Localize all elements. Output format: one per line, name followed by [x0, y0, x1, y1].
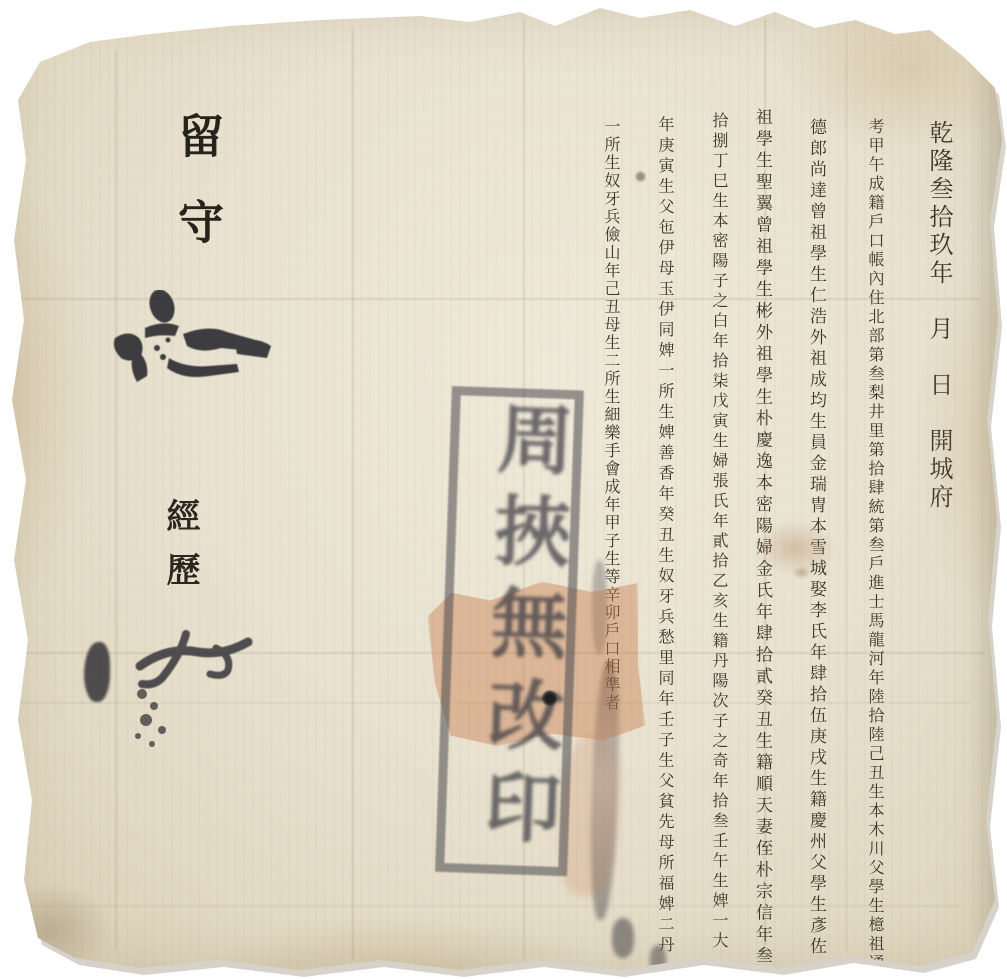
document-paper: 乾隆叁拾玖年 月 日 開城府 考甲午成籍戶口帳內住北部第叁梨井里第拾肆統第叁戶進…	[0, 0, 1007, 979]
register-column-5: 年庚寅生父㐌伊母玉伊同婢一所生婢善香年癸丑生奴牙兵愁里同年壬子生父貧先母所福婢二…	[654, 116, 677, 957]
date-place-column: 乾隆叁拾玖年 月 日 開城府	[922, 120, 957, 512]
ink-smudge	[612, 918, 634, 958]
crease-line	[352, 30, 354, 960]
secretary-title: 經歷	[156, 498, 205, 606]
crease-line	[845, 30, 847, 950]
ink-dots-cluster	[130, 686, 190, 750]
verification-stamp-text: 周挾無改印	[461, 398, 586, 862]
governor-signature-mark	[105, 290, 280, 400]
register-column-4: 拾捌丁巳生本密陽子之白年拾柒戊寅生婦張氏年貳拾乙亥生籍丹陽次子之奇年拾叁壬午生婢…	[708, 112, 731, 952]
photo-of-document: 乾隆叁拾玖年 月 日 開城府 考甲午成籍戶口帳內住北部第叁梨井里第拾肆統第叁戶進…	[0, 0, 1007, 979]
verification-stamp: 周挾無改印	[435, 386, 584, 876]
governor-title: 留守	[165, 112, 231, 284]
register-column-2: 德郎尚達曾祖學生仁浩外祖成均生員金瑞冑本雪城娶李氏年肆拾伍庚戌生籍慶州父學生彥佐	[804, 118, 829, 958]
ink-smudge	[84, 642, 110, 702]
register-column-1: 考甲午成籍戶口帳內住北部第叁梨井里第拾肆統第叁戶進士馬龍河年陸拾陸己丑生本木川父…	[864, 118, 887, 973]
ink-spot	[636, 172, 645, 181]
register-column-3: 祖學生聖翼曾祖學生彬外祖學生朴慶逸本密陽婦金氏年肆拾貳癸丑生籍順天妻侄朴宗信年叁	[750, 108, 775, 968]
crease-line	[115, 50, 117, 950]
